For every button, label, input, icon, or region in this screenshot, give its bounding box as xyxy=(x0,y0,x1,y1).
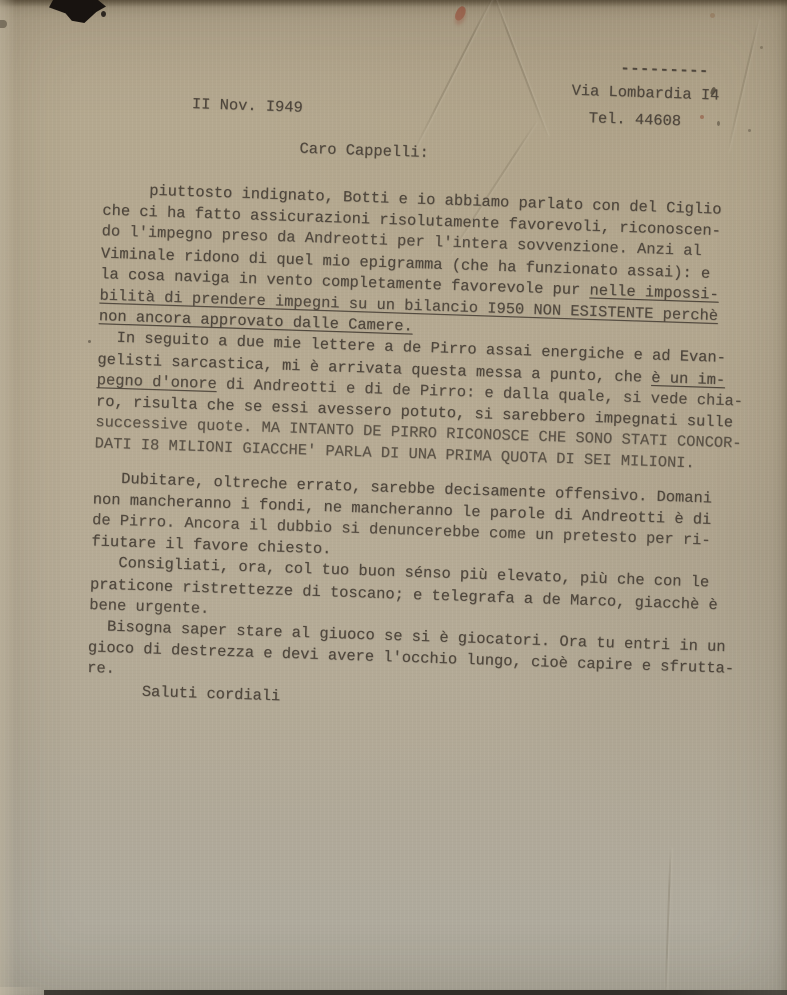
letter-page: --------- Via Lombardia I4 Tel. 44608 II… xyxy=(0,0,787,995)
paper-top-edge-shadow xyxy=(0,0,787,7)
ink-blot xyxy=(49,0,106,23)
paper-bottom-corner xyxy=(0,987,46,995)
paragraph: piuttosto indignato, Botti e io abbiamo … xyxy=(98,179,770,349)
edge-speck xyxy=(0,20,7,28)
letter-body: piuttosto indignato, Botti e io abbiamo … xyxy=(86,179,770,723)
red-pencil-mark xyxy=(453,5,468,22)
typed-stray-dot xyxy=(88,340,91,343)
typed-content: --------- Via Lombardia I4 Tel. 44608 II… xyxy=(70,40,775,63)
salutation: Caro Cappelli: xyxy=(299,139,429,164)
crease-mark xyxy=(412,0,494,153)
crease-mark xyxy=(664,848,671,995)
sender-address: Via Lombardia I4 xyxy=(571,81,719,107)
separator-dashes: --------- xyxy=(620,58,709,82)
letter-date: II Nov. I949 xyxy=(192,94,303,119)
typed-text: bene urgente. xyxy=(89,596,210,618)
ink-blot-dot xyxy=(101,11,106,17)
underlined-text: nelle impossi- xyxy=(589,281,719,303)
paper-bottom-edge xyxy=(44,990,787,995)
crease-mark xyxy=(727,20,759,152)
typed-text: Saluti cordiali xyxy=(142,682,281,705)
underlined-text: è un im- xyxy=(651,368,725,388)
paper-left-edge-highlight xyxy=(0,0,16,995)
ink-speck xyxy=(710,13,715,18)
crease-mark xyxy=(493,0,549,137)
ink-speck xyxy=(717,121,720,126)
ink-speck xyxy=(700,115,704,119)
underlined-text: pegno d'onore xyxy=(96,371,217,393)
ink-speck xyxy=(760,46,763,49)
typed-text: re. xyxy=(87,659,115,678)
sender-phone: Tel. 44608 xyxy=(588,108,681,132)
paragraph: In seguito a due mie lettere a de Pirro … xyxy=(94,328,765,477)
ink-speck xyxy=(748,129,751,132)
